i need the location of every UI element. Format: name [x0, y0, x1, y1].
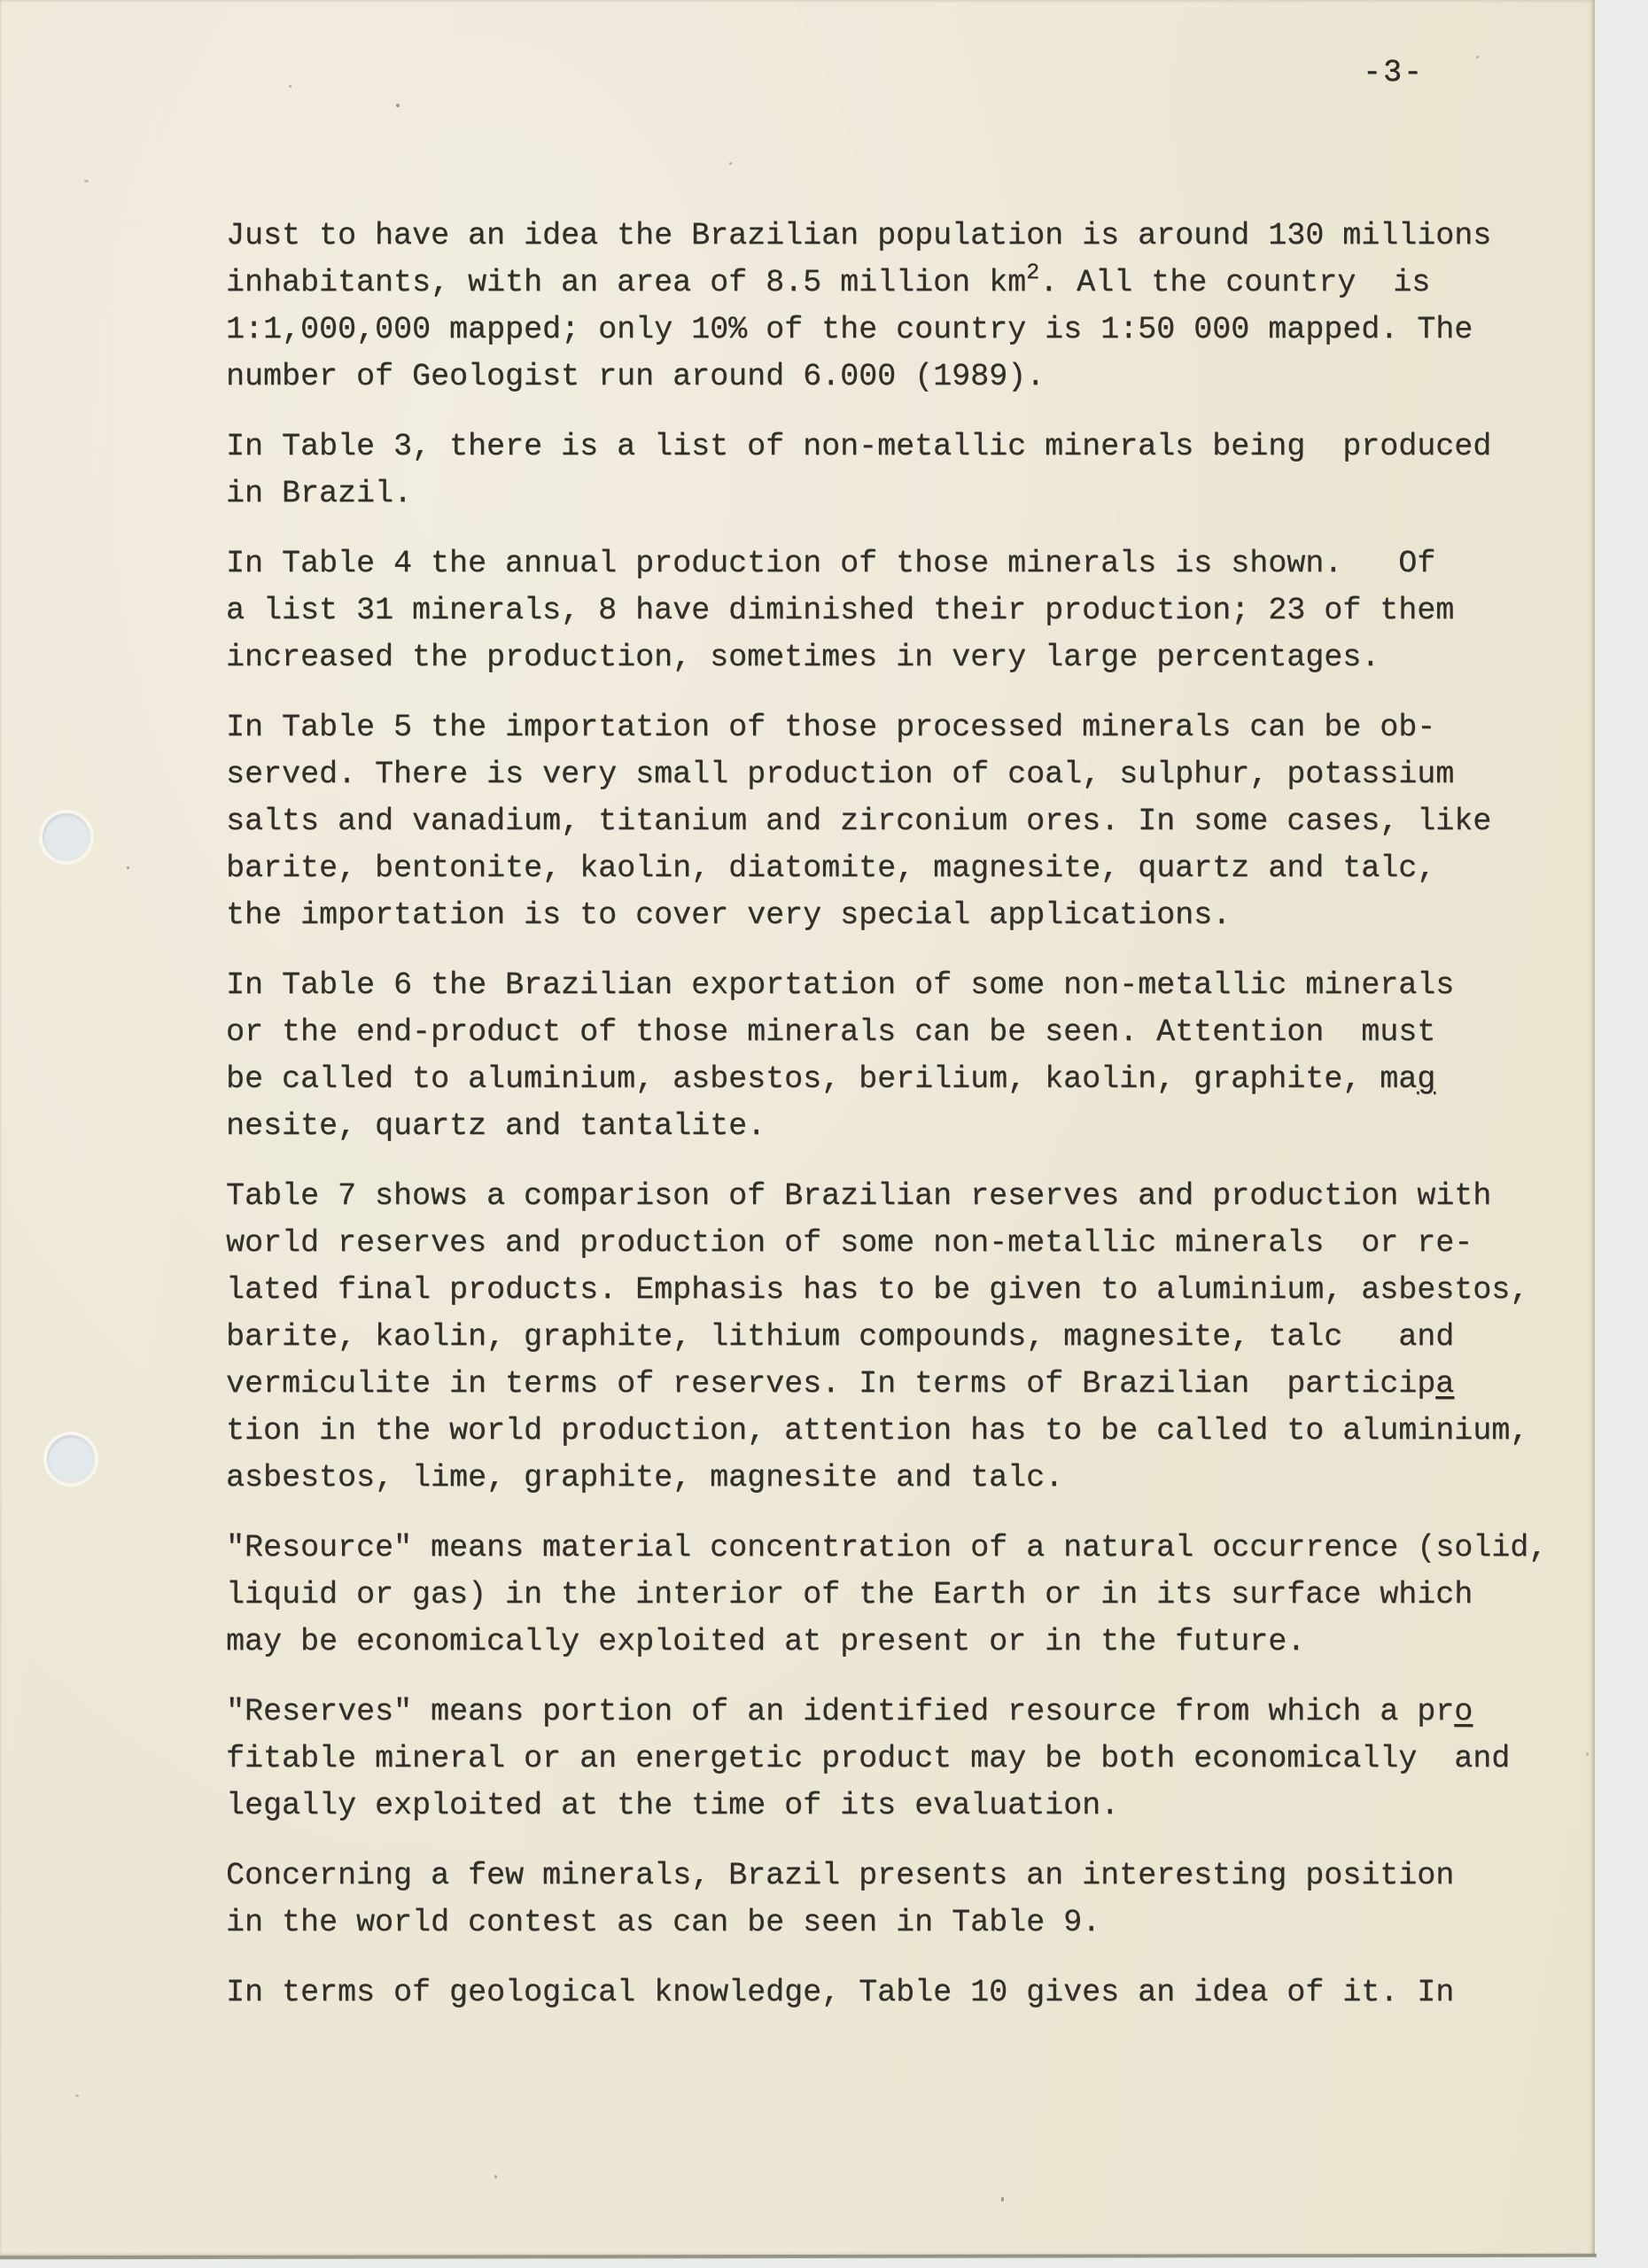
text-line: In Table 4 the annual production of thos… — [226, 540, 1547, 587]
text-line: In Table 5 the importation of those proc… — [226, 704, 1547, 751]
paragraph: "Resource" means material concentration … — [226, 1525, 1547, 1666]
text-line: tion in the world production, attention … — [226, 1408, 1547, 1455]
text-line: a list 31 minerals, 8 have diminished th… — [226, 587, 1547, 634]
paragraph: Just to have an idea the Brazilian popul… — [226, 213, 1547, 400]
punch-hole — [43, 813, 90, 861]
paragraph: In Table 4 the annual production of thos… — [226, 540, 1547, 681]
text-line: inhabitants, with an area of 8.5 million… — [226, 260, 1547, 307]
text-line: nesite, quartz and tantalite. — [226, 1103, 1547, 1150]
paragraph: In Table 6 the Brazilian exportation of … — [226, 962, 1547, 1150]
text-line: number of Geologist run around 6.000 (19… — [226, 353, 1547, 400]
text-line: asbestos, lime, graphite, magnesite and … — [226, 1455, 1547, 1502]
text-line: "Reserves" means portion of an identifie… — [226, 1689, 1547, 1736]
body-text: Just to have an idea the Brazilian popul… — [226, 213, 1547, 2039]
text-line: liquid or gas) in the interior of the Ea… — [226, 1572, 1547, 1619]
text-line: may be economically exploited at present… — [226, 1619, 1547, 1666]
page-number: -3- — [1363, 55, 1424, 90]
text-line: in the world contest as can be seen in T… — [226, 1899, 1547, 1946]
text-line: increased the production, sometimes in v… — [226, 634, 1547, 681]
text-line: the importation is to cover very special… — [226, 892, 1547, 939]
text-line: In terms of geological knowledge, Table … — [226, 1969, 1547, 2016]
paragraph: "Reserves" means portion of an identifie… — [226, 1689, 1547, 1829]
text-line: served. There is very small production o… — [226, 751, 1547, 798]
text-line: Concerning a few minerals, Brazil presen… — [226, 1852, 1547, 1899]
text-line: Just to have an idea the Brazilian popul… — [226, 213, 1547, 260]
text-line: salts and vanadium, titanium and zirconi… — [226, 798, 1547, 845]
scanned-page: -3- Just to have an idea the Brazilian p… — [0, 0, 1595, 2256]
text-line: 1:1,000,000 mapped; only 10% of the coun… — [226, 307, 1547, 353]
text-line: barite, bentonite, kaolin, diatomite, ma… — [226, 845, 1547, 892]
text-line: in Brazil. — [226, 470, 1547, 517]
text-line: In Table 6 the Brazilian exportation of … — [226, 962, 1547, 1009]
text-line: vermiculite in terms of reserves. In ter… — [226, 1361, 1547, 1408]
text-line: or the end-product of those minerals can… — [226, 1009, 1547, 1056]
paragraph: In Table 3, there is a list of non-metal… — [226, 423, 1547, 517]
punch-hole — [47, 1435, 95, 1483]
text-line: "Resource" means material concentration … — [226, 1525, 1547, 1572]
paragraph: In Table 5 the importation of those proc… — [226, 704, 1547, 939]
text-line: legally exploited at the time of its eva… — [226, 1783, 1547, 1829]
text-line: be called to aluminium, asbestos, berili… — [226, 1056, 1547, 1103]
text-line: world reserves and production of some no… — [226, 1220, 1547, 1267]
paragraph: Table 7 shows a comparison of Brazilian … — [226, 1173, 1547, 1502]
text-line: In Table 3, there is a list of non-metal… — [226, 423, 1547, 470]
text-line: Table 7 shows a comparison of Brazilian … — [226, 1173, 1547, 1220]
text-line: lated final products. Emphasis has to be… — [226, 1267, 1547, 1314]
scanner-background — [1595, 0, 1648, 2268]
text-line: barite, kaolin, graphite, lithium compou… — [226, 1314, 1547, 1361]
paragraph: Concerning a few minerals, Brazil presen… — [226, 1852, 1547, 1946]
text-line: fitable mineral or an energetic product … — [226, 1736, 1547, 1783]
paragraph: In terms of geological knowledge, Table … — [226, 1969, 1547, 2016]
